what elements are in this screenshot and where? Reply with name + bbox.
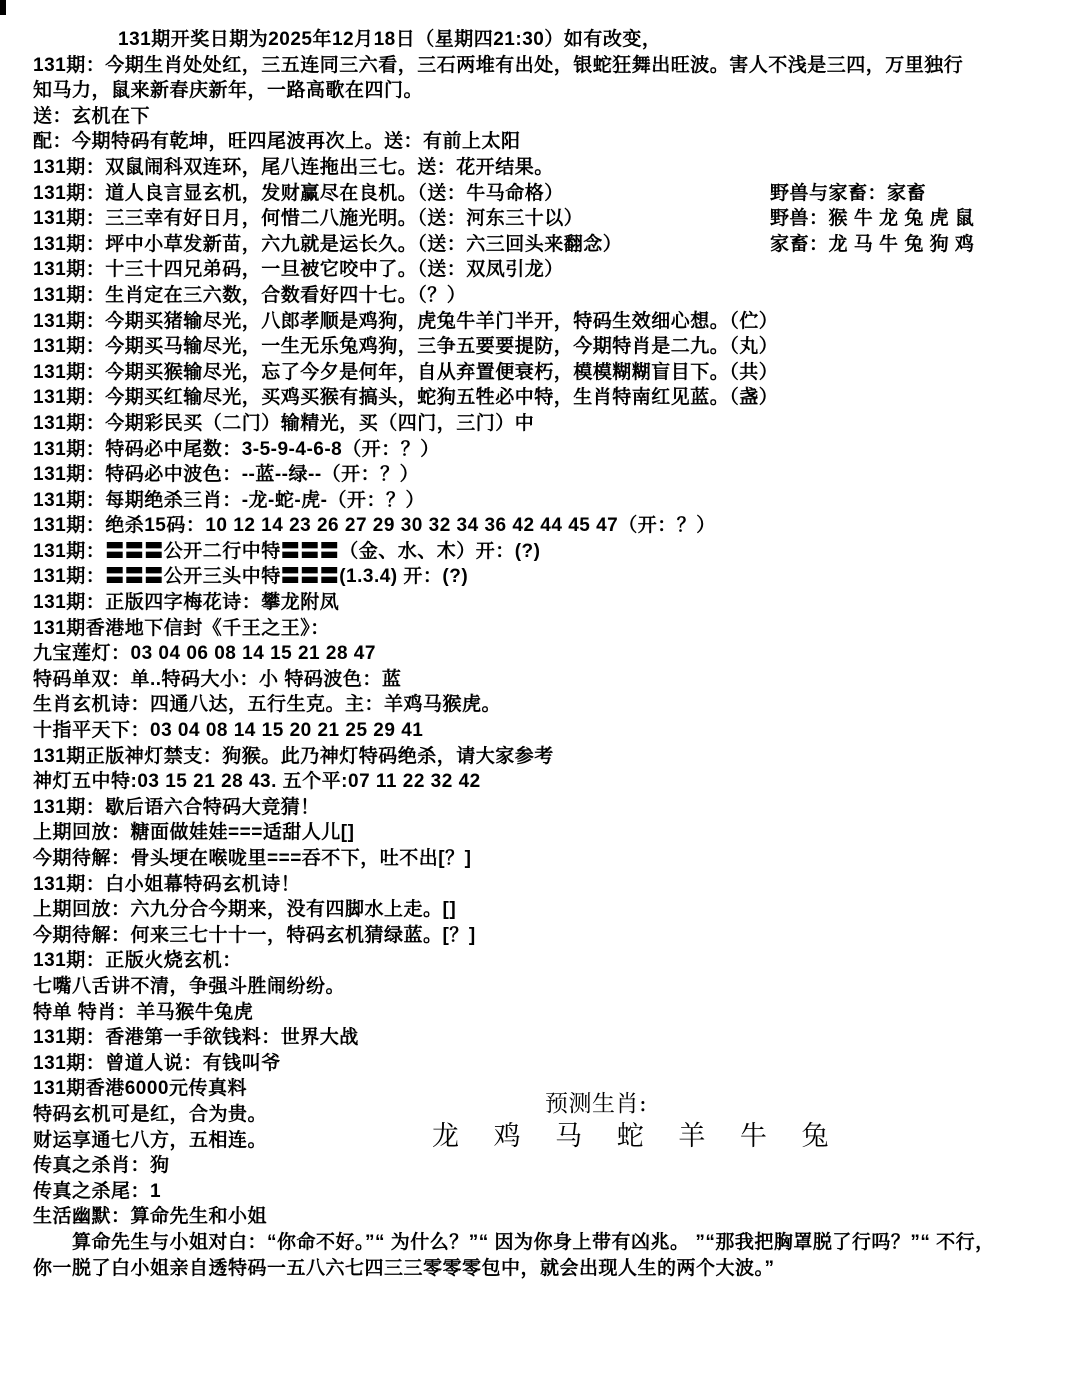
doc-line: 131期：双鼠闹科双连环，尾八连拖出三七。送：花开结果。 xyxy=(0,155,1072,181)
scan-artifact-mark xyxy=(0,0,6,15)
animals-category-header: 野兽与家畜：家畜 xyxy=(770,181,926,207)
doc-line: 财运享通七八方，五相连。 龙 鸡 马 蛇 羊 牛 兔 xyxy=(0,1128,1072,1154)
doc-line: 131期：今期买猴输尽光，忘了今夕是何年，自从弃置便衰朽，模模糊糊盲目下。（共） xyxy=(0,360,1072,386)
doc-line: 131期：十三十四兄弟码，一旦被它咬中了。（送：双凤引龙） xyxy=(0,257,1072,283)
doc-line: 131期：白小姐幕特码玄机诗！ xyxy=(0,872,1072,898)
doc-line: 特单 特肖：羊马猴牛兔虎 xyxy=(0,1000,1072,1026)
doc-line: 131期：今期买红输尽光，买鸡买猴有搞头，蛇狗五牲必中特，生肖特南红见蓝。（盏） xyxy=(0,385,1072,411)
doc-line: 特码单双：单..特码大小：小 特码波色：蓝 xyxy=(0,667,1072,693)
doc-line: 131期：道人良言显玄机，发财赢尽在良机。（送：牛马命格） 野兽与家畜：家畜 xyxy=(0,181,1072,207)
doc-line-text: 财运享通七八方，五相连。 xyxy=(33,1130,267,1151)
doc-line: 131期：曾道人说：有钱叫爷 xyxy=(0,1051,1072,1077)
doc-line: 传真之杀肖：狗 xyxy=(0,1153,1072,1179)
joke-paragraph-line: 算命先生与小姐对白：“你命不好。”“ 为什么？”“ 因为你身上带有凶兆。 ”“那… xyxy=(0,1230,1072,1256)
doc-line: 上期回放：六九分合今期来，没有四脚水上走。[] xyxy=(0,897,1072,923)
doc-line: 生活幽默：算命先生和小姐 xyxy=(0,1204,1072,1230)
text-body: 131期开奖日期为2025年12月18日（星期四21:30）如有改变， 131期… xyxy=(0,27,1072,1281)
doc-line: 131期：绝杀15码：10 12 14 23 26 27 29 30 32 34… xyxy=(0,513,1072,539)
doc-line: 131期：生肖定在三六数，合数看好四十七。（？） xyxy=(0,283,1072,309)
doc-line-text: 特码玄机可是红，合为贵。 xyxy=(33,1104,267,1125)
doc-line-text: 131期：三三幸有好日月，何惜二八施光明。（送：河东三十以） xyxy=(33,208,583,229)
doc-line: 131期：〓〓〓公开二行中特〓〓〓（金、水、木）开：(?) xyxy=(0,539,1072,565)
doc-line: 七嘴八舌讲不清，争强斗胜闹纷纷。 xyxy=(0,974,1072,1000)
doc-line: 十指平天下：03 04 08 14 15 20 21 25 29 41 xyxy=(0,718,1072,744)
doc-line: 131期：今期买猪输尽光，八郎孝顺是鸡狗，虎兔牛羊门半开，特码生效细心想。（伫） xyxy=(0,309,1072,335)
doc-line: 今期待解：骨头埂在喉咙里===吞不下，吐不出[？] xyxy=(0,846,1072,872)
doc-line-text: 131期：坪中小草发新苗，六九就是运长久。（送：六三回头来翻念） xyxy=(33,234,622,255)
doc-line: 生肖玄机诗：四通八达，五行生克。主：羊鸡马猴虎。 xyxy=(0,692,1072,718)
doc-line: 131期：香港第一手欲钱料：世界大战 xyxy=(0,1025,1072,1051)
doc-line: 131期：歇后语六合特码大竞猜！ xyxy=(0,795,1072,821)
doc-line: 131期：今期生肖处处红，三五连同三六看，三石两堆有出处，银蛇狂舞出旺波。害人不… xyxy=(0,53,1072,79)
doc-line: 知马力，鼠来新春庆新年，一路高歌在四门。 xyxy=(0,78,1072,104)
doc-line: 配：今期特码有乾坤，旺四尾波再次上。送：有前上太阳 xyxy=(0,129,1072,155)
doc-line: 今期待解：何来三七十十一，特码玄机猜绿蓝。[？] xyxy=(0,923,1072,949)
doc-line-text: 131期：道人良言显玄机，发财赢尽在良机。（送：牛马命格） xyxy=(33,183,564,204)
doc-line: 131期正版神灯禁支：狗猴。此乃神灯特码绝杀，请大家参考 xyxy=(0,744,1072,770)
doc-line: 131期：今期彩民买（二门）输精光，买（四门，三门）中 xyxy=(0,411,1072,437)
doc-line: 131期香港6000元传真料 xyxy=(0,1076,1072,1102)
prediction-zodiac-list: 龙 鸡 马 蛇 羊 牛 兔 xyxy=(432,1124,842,1150)
doc-line: 131期：〓〓〓公开三头中特〓〓〓(1.3.4) 开：(?) xyxy=(0,564,1072,590)
doc-line: 神灯五中特:03 15 21 28 43. 五个平:07 11 22 32 42 xyxy=(0,769,1072,795)
doc-line: 131期：正版火烧玄机： xyxy=(0,948,1072,974)
doc-line: 131期：三三幸有好日月，何惜二八施光明。（送：河东三十以） 野兽：猴 牛 龙 … xyxy=(0,206,1072,232)
doc-line: 送：玄机在下 xyxy=(0,104,1072,130)
doc-line: 131期：特码必中波色：--蓝--绿--（开：？） xyxy=(0,462,1072,488)
doc-line: 131期：坪中小草发新苗，六九就是运长久。（送：六三回头来翻念） 家畜：龙 马 … xyxy=(0,232,1072,258)
domestic-animals-list: 家畜：龙 马 牛 兔 狗 鸡 xyxy=(770,232,974,258)
doc-line: 131期香港地下信封《千王之王》： xyxy=(0,616,1072,642)
wild-animals-list: 野兽：猴 牛 龙 兔 虎 鼠 xyxy=(770,206,974,232)
doc-line: 131期：特码必中尾数：3-5-9-4-6-8（开：？） xyxy=(0,437,1072,463)
doc-line: 131期：每期绝杀三肖：-龙-蛇-虎-（开：？） xyxy=(0,488,1072,514)
doc-line: 上期回放：糖面做娃娃===适甜人儿[] xyxy=(0,820,1072,846)
doc-line: 传真之杀尾：1 xyxy=(0,1179,1072,1205)
draw-date-line: 131期开奖日期为2025年12月18日（星期四21:30）如有改变， xyxy=(0,27,1072,53)
lottery-tip-sheet-page: 131期开奖日期为2025年12月18日（星期四21:30）如有改变， 131期… xyxy=(0,0,1072,1388)
joke-paragraph-line: 你一脱了白小姐亲自透特码一五八六七四三三零零零包中，就会出现人生的两个大波。” xyxy=(0,1256,1072,1282)
doc-line: 131期：今期买马输尽光，一生无乐兔鸡狗，三争五要要提防，今期特肖是二九。（丸） xyxy=(0,334,1072,360)
doc-line: 九宝莲灯：03 04 06 08 14 15 21 28 47 xyxy=(0,641,1072,667)
doc-line: 131期：正版四字梅花诗：攀龙附凤 xyxy=(0,590,1072,616)
prediction-label: 预测生肖: xyxy=(545,1092,647,1118)
